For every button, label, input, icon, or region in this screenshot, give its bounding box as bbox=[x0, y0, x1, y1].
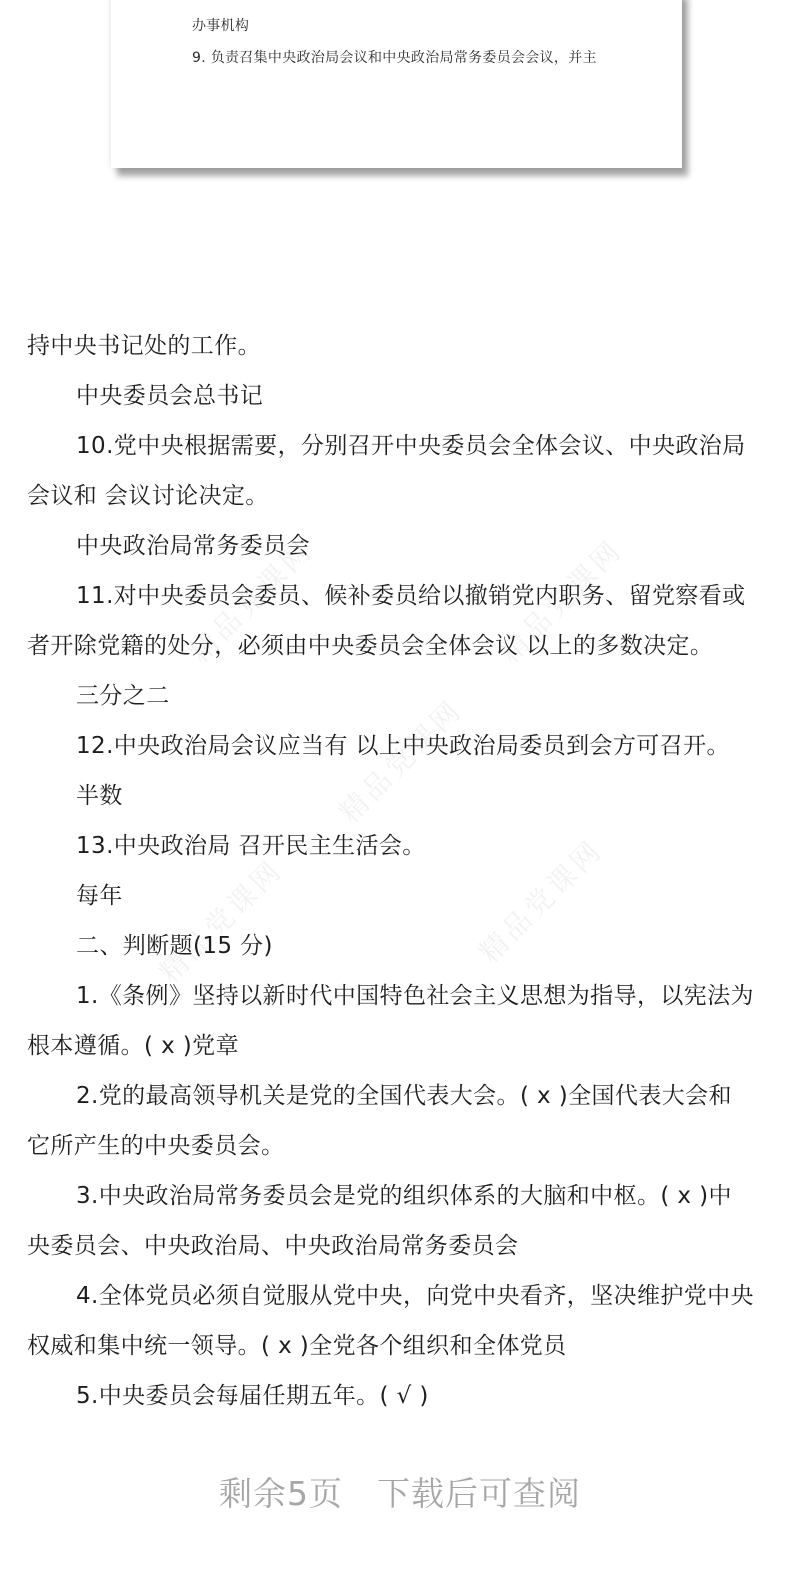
question-item: 12.中央政治局会议应当有 以上中央政治局委员到会方可召开。 bbox=[27, 728, 777, 778]
paragraph: 它所产生的中央委员会。 bbox=[27, 1128, 777, 1178]
section-heading: 二、判断题(15 分) bbox=[27, 928, 777, 978]
question-item: 3.中央政治局常务委员会是党的组织体系的大脑和中枢。( x )中 bbox=[27, 1178, 777, 1228]
answer-line: 三分之二 bbox=[27, 678, 777, 728]
paragraph: 会议和 会议讨论决定。 bbox=[27, 478, 777, 528]
question-item: 4.全体党员必须自觉服从党中央，向党中央看齐，坚决维护党中央 bbox=[27, 1278, 777, 1328]
answer-line: 中央委员会总书记 bbox=[27, 378, 777, 428]
page-preview-card: 办事机构 9. 负责召集中央政治局会议和中央政治局常务委员会会议，并主 bbox=[111, 0, 682, 168]
paragraph: 持中央书记处的工作。 bbox=[27, 328, 777, 378]
remaining-pages-prompt[interactable]: 剩余5页下载后可查阅 bbox=[0, 1468, 800, 1515]
question-item: 2.党的最高领导机关是党的全国代表大会。( x )全国代表大会和 bbox=[27, 1078, 777, 1128]
preview-line: 办事机构 bbox=[192, 15, 249, 35]
document-body: 持中央书记处的工作。 中央委员会总书记 10.党中央根据需要，分别召开中央委员会… bbox=[27, 328, 777, 1428]
preview-line: 9. 负责召集中央政治局会议和中央政治局常务委员会会议，并主 bbox=[192, 47, 597, 67]
question-item: 10.党中央根据需要，分别召开中央委员会全体会议、中央政治局 bbox=[27, 428, 777, 478]
question-item: 11.对中央委员会委员、候补委员给以撤销党内职务、留党察看或 bbox=[27, 578, 777, 628]
answer-line: 中央政治局常务委员会 bbox=[27, 528, 777, 578]
answer-line: 半数 bbox=[27, 778, 777, 828]
question-item: 13.中央政治局 召开民主生活会。 bbox=[27, 828, 777, 878]
download-hint-label: 下载后可查阅 bbox=[377, 1468, 581, 1515]
paragraph: 央委员会、中央政治局、中央政治局常务委员会 bbox=[27, 1228, 777, 1278]
answer-line: 每年 bbox=[27, 878, 777, 928]
question-item: 1.《条例》坚持以新时代中国特色社会主义思想为指导，以宪法为 bbox=[27, 978, 777, 1028]
paragraph: 根本遵循。( x )党章 bbox=[27, 1028, 777, 1078]
remaining-pages-label: 剩余5页 bbox=[219, 1468, 343, 1515]
paragraph: 者开除党籍的处分，必须由中央委员会全体会议 以上的多数决定。 bbox=[27, 628, 777, 678]
paragraph: 权威和集中统一领导。( x )全党各个组织和全体党员 bbox=[27, 1328, 777, 1378]
question-item: 5.中央委员会每届任期五年。( √ ) bbox=[27, 1378, 777, 1428]
